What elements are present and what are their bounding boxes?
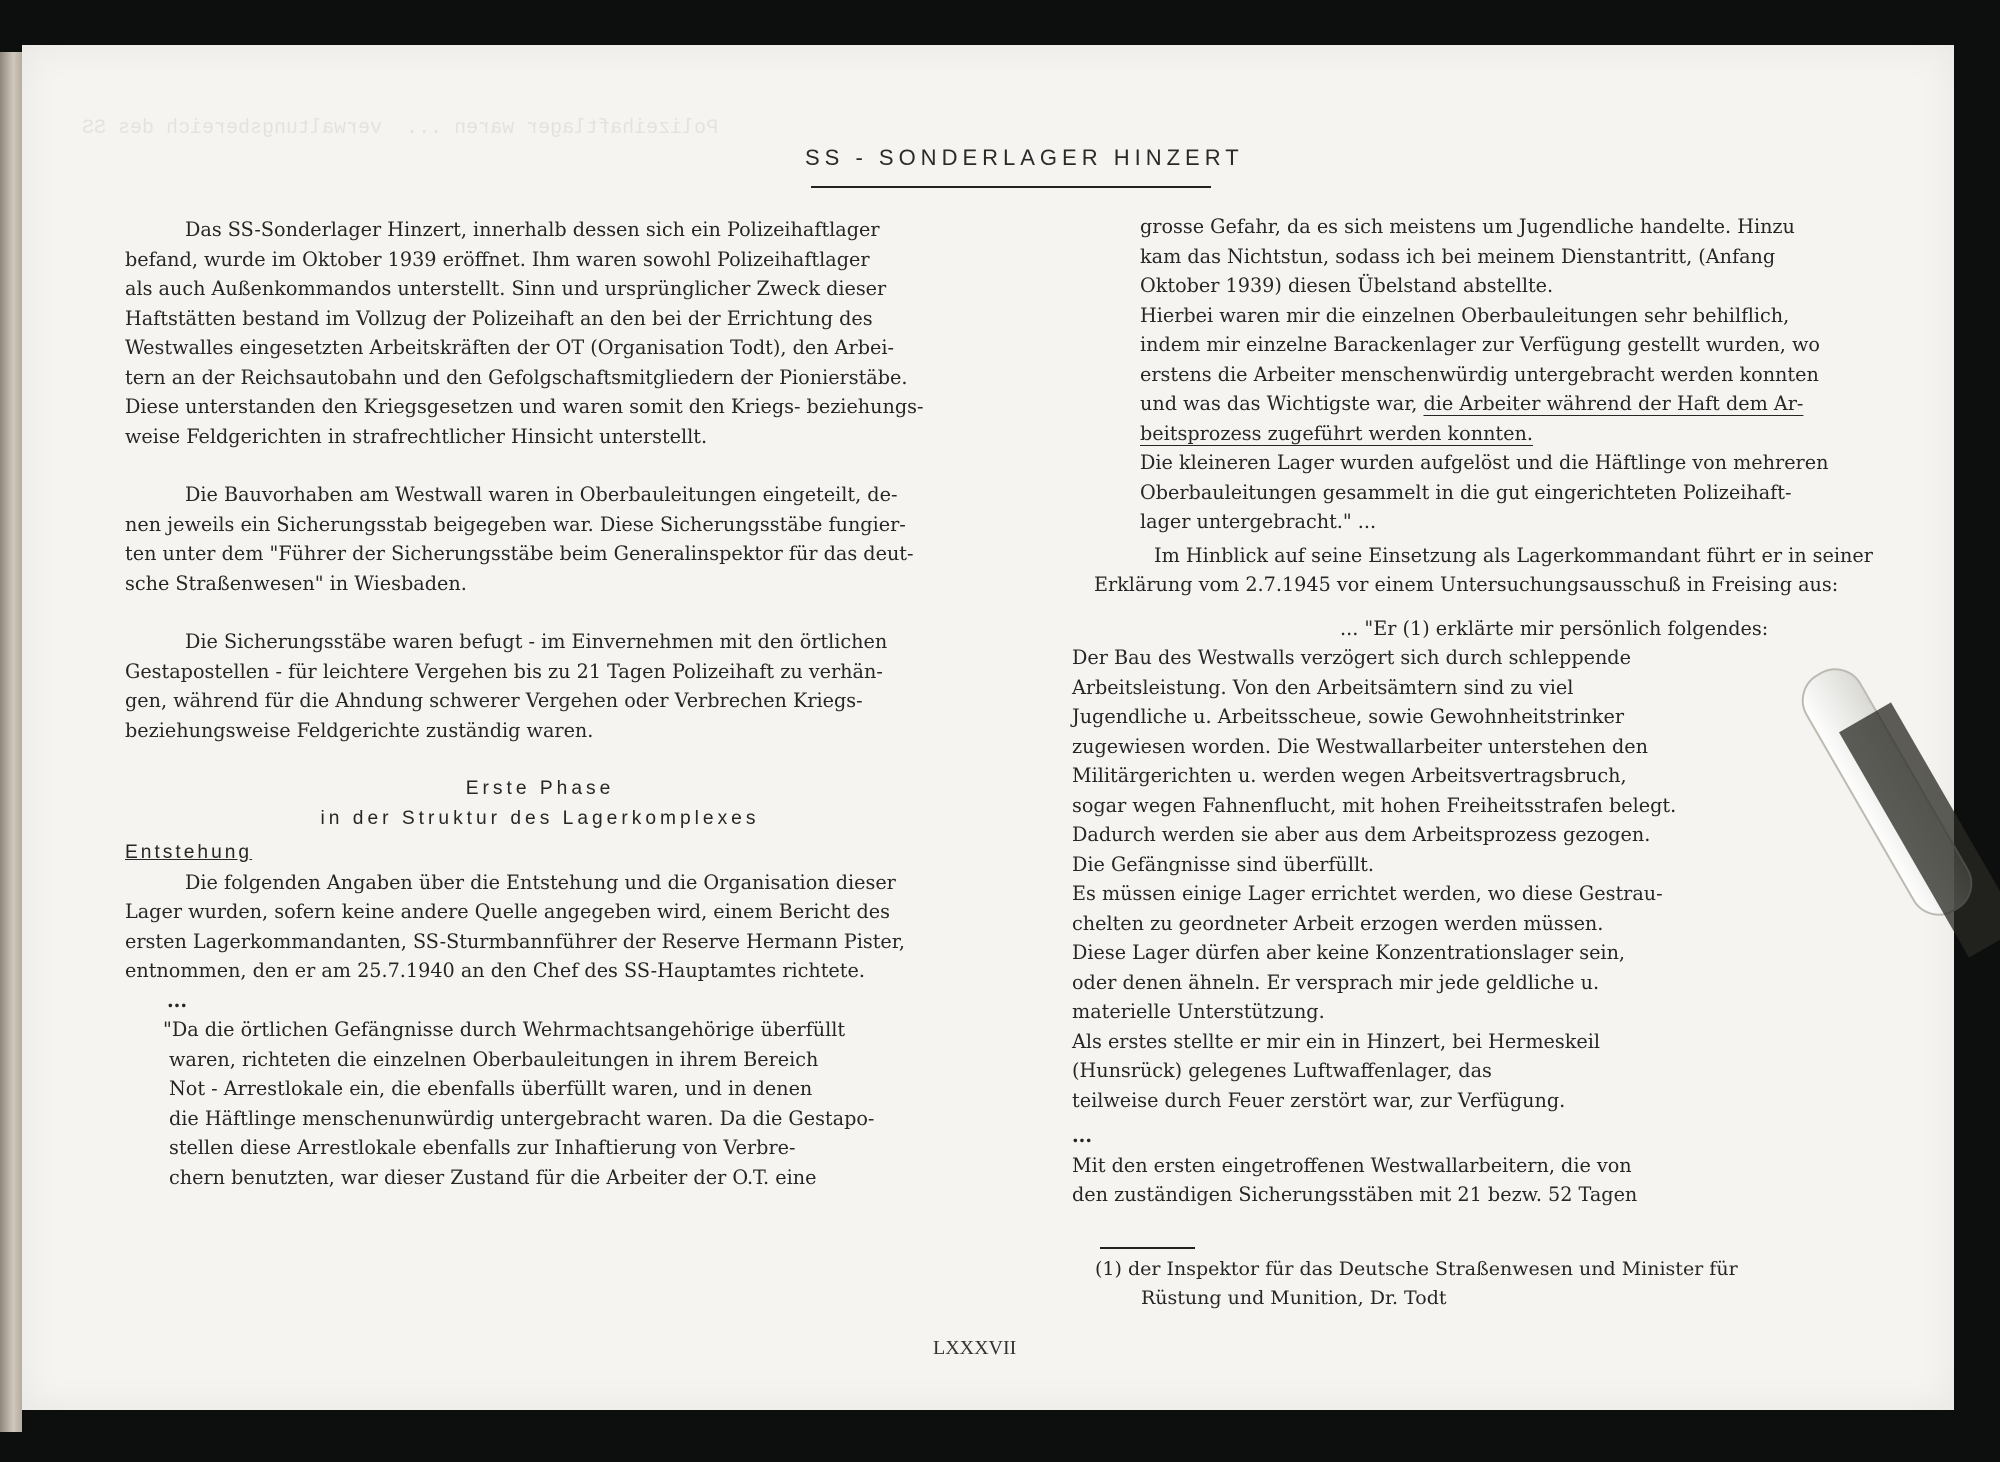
quote-line: indem mir einzelne Barackenlager zur Ver… (1140, 330, 1900, 360)
statement-line: Militärgerichten u. werden wegen Arbeits… (1072, 761, 1900, 791)
intro-line: Im Hinblick auf seine Einsetzung als Lag… (1094, 541, 1900, 571)
paragraph-line: beziehungsweise Feldgerichte zuständig w… (125, 716, 955, 746)
underlined-text: die Arbeiter während der Haft dem Ar- (1423, 392, 1803, 415)
page-number: LXXXVII (933, 1337, 1016, 1360)
paragraph-line: Gestapostellen - für leichtere Vergehen … (125, 657, 955, 687)
paragraph-line: nen jeweils ein Sicherungsstab beigegebe… (125, 510, 955, 540)
subheading-wrap: Entstehung (125, 837, 955, 868)
statement-line: den zuständigen Sicherungsstäben mit 21 … (1072, 1180, 1900, 1210)
quote-line: chern benutzten, war dieser Zustand für … (125, 1163, 955, 1193)
paragraph-line: Haftstätten bestand im Vollzug der Poliz… (125, 304, 955, 334)
quote-line: Oktober 1939) diesen Übelstand abstellte… (1140, 271, 1900, 301)
quote-line: Hierbei waren mir die einzelnen Oberbaul… (1140, 301, 1900, 331)
title-underline (811, 186, 1211, 188)
spacer (125, 451, 955, 480)
quote-line: Not - Arrestlokale ein, die ebenfalls üb… (125, 1074, 955, 1104)
statement-line: Jugendliche u. Arbeitsscheue, sowie Gewo… (1072, 702, 1900, 732)
footnote-rule (1100, 1247, 1195, 1249)
statement-block: Der Bau des Westwalls verzögert sich dur… (1072, 643, 1900, 1210)
statement-intro: Im Hinblick auf seine Einsetzung als Lag… (1094, 541, 1900, 600)
subheading: Entstehung (125, 838, 252, 868)
statement-line: (Hunsrück) gelegenes Luftwaffenlager, da… (1072, 1056, 1900, 1086)
quote-line: kam das Nichtstun, sodass ich bei meinem… (1140, 242, 1900, 272)
paragraph-line: Diese unterstanden den Kriegsgesetzen un… (125, 392, 955, 422)
spacer (125, 598, 955, 627)
paragraph-line: ten unter dem "Führer der Sicherungsstäb… (125, 539, 955, 569)
quote-line: Oberbauleitungen gesammelt in die gut ei… (1140, 478, 1900, 508)
section-title: Erste Phase (125, 774, 955, 804)
book-spine-edge (0, 52, 22, 1432)
ellipsis: ... (1072, 1121, 1900, 1151)
statement-line: Mit den ersten eingetroffenen Westwallar… (1072, 1151, 1900, 1181)
quote-line: lager untergebracht." ... (1140, 507, 1900, 537)
paragraph-line: befand, wurde im Oktober 1939 eröffnet. … (125, 245, 955, 275)
intro-line: ersten Lagerkommandanten, SS-Sturmbannfü… (125, 927, 955, 957)
paragraph-line: gen, während für die Ahndung schwerer Ve… (125, 686, 955, 716)
underlined-text: beitsprozess zugeführt werden konnten. (1140, 422, 1533, 445)
statement-line: Als erstes stellte er mir ein in Hinzert… (1072, 1027, 1900, 1057)
intro-line: entnommen, den er am 25.7.1940 an den Ch… (125, 956, 955, 986)
bleed-through-text: Polizeihaftlager waren ... verwaltungsbe… (82, 115, 718, 143)
statement-line: Die Gefängnisse sind überfüllt. (1072, 850, 1900, 880)
quote-line: grosse Gefahr, da es sich meistens um Ju… (1140, 212, 1900, 242)
statement-line: zugewiesen worden. Die Westwallarbeiter … (1072, 732, 1900, 762)
paragraph-line: Die Bauvorhaben am Westwall waren in Obe… (125, 480, 955, 510)
statement-line: Arbeitsleistung. Von den Arbeitsämtern s… (1072, 673, 1900, 703)
quote-line: Die kleineren Lager wurden aufgelöst und… (1140, 448, 1900, 478)
paragraph-line: Westwalles eingesetzten Arbeitskräften d… (125, 333, 955, 363)
statement-line: Es müssen einige Lager errichtet werden,… (1072, 879, 1900, 909)
left-column: Das SS-Sonderlager Hinzert, innerhalb de… (125, 215, 955, 1192)
quote-line: stellen diese Arrestlokale ebenfalls zur… (125, 1133, 955, 1163)
intro-line: Lager wurden, sofern keine andere Quelle… (125, 897, 955, 927)
quote-line: "Da die örtlichen Gefängnisse durch Wehr… (125, 1015, 955, 1045)
footnote: (1) der Inspektor für das Deutsche Straß… (1095, 1255, 1815, 1313)
statement-line: sogar wegen Fahnenflucht, mit hohen Frei… (1072, 791, 1900, 821)
underlined-line: beitsprozess zugeführt werden konnten. (1140, 419, 1900, 449)
statement-line: Dadurch werden sie aber aus dem Arbeitsp… (1072, 820, 1900, 850)
quote-line: die Häftlinge menschenunwürdig untergebr… (125, 1104, 955, 1134)
quote-line: waren, richteten die einzelnen Oberbaule… (125, 1045, 955, 1075)
statement-lead: ... "Er (1) erklärte mir persönlich folg… (1140, 614, 1900, 644)
text: und was das Wichtigste war, (1140, 392, 1423, 415)
intro-line: Die folgenden Angaben über die Entstehun… (125, 868, 955, 898)
quote-line: erstens die Arbeiter menschenwürdig unte… (1140, 360, 1900, 390)
page-title: SS - SONDERLAGER HINZERT (805, 145, 1244, 171)
spacer (125, 745, 955, 774)
paragraph-line: Die Sicherungsstäbe waren befugt - im Ei… (125, 627, 955, 657)
section-title: in der Struktur des Lagerkomplexes (125, 804, 955, 834)
statement-line: teilweise durch Feuer zerstört war, zur … (1072, 1086, 1900, 1116)
statement-line: Diese Lager dürfen aber keine Konzentrat… (1072, 938, 1900, 968)
paragraph-line: als auch Außenkommandos unterstellt. Sin… (125, 274, 955, 304)
intro-line: Erklärung vom 2.7.1945 vor einem Untersu… (1094, 570, 1900, 600)
statement-line: Der Bau des Westwalls verzögert sich dur… (1072, 643, 1900, 673)
paragraph-line: Das SS-Sonderlager Hinzert, innerhalb de… (125, 215, 955, 245)
paragraph-line: tern an der Reichsautobahn und den Gefol… (125, 363, 955, 393)
paragraph-line: sche Straßenwesen" in Wiesbaden. (125, 569, 955, 599)
footnote-line: (1) der Inspektor für das Deutsche Straß… (1095, 1255, 1815, 1284)
ellipsis: ... (125, 986, 955, 1016)
statement-line: oder denen ähneln. Er versprach mir jede… (1072, 968, 1900, 998)
footnote-line: Rüstung und Munition, Dr. Todt (1095, 1284, 1815, 1313)
paragraph-line: weise Feldgerichten in strafrechtlicher … (125, 422, 955, 452)
statement-line: chelten zu geordneter Arbeit erzogen wer… (1072, 909, 1900, 939)
statement-line: materielle Unterstützung. (1072, 997, 1900, 1027)
underlined-line: und was das Wichtigste war, die Arbeiter… (1140, 389, 1900, 419)
right-column: grosse Gefahr, da es sich meistens um Ju… (1140, 212, 1900, 1210)
